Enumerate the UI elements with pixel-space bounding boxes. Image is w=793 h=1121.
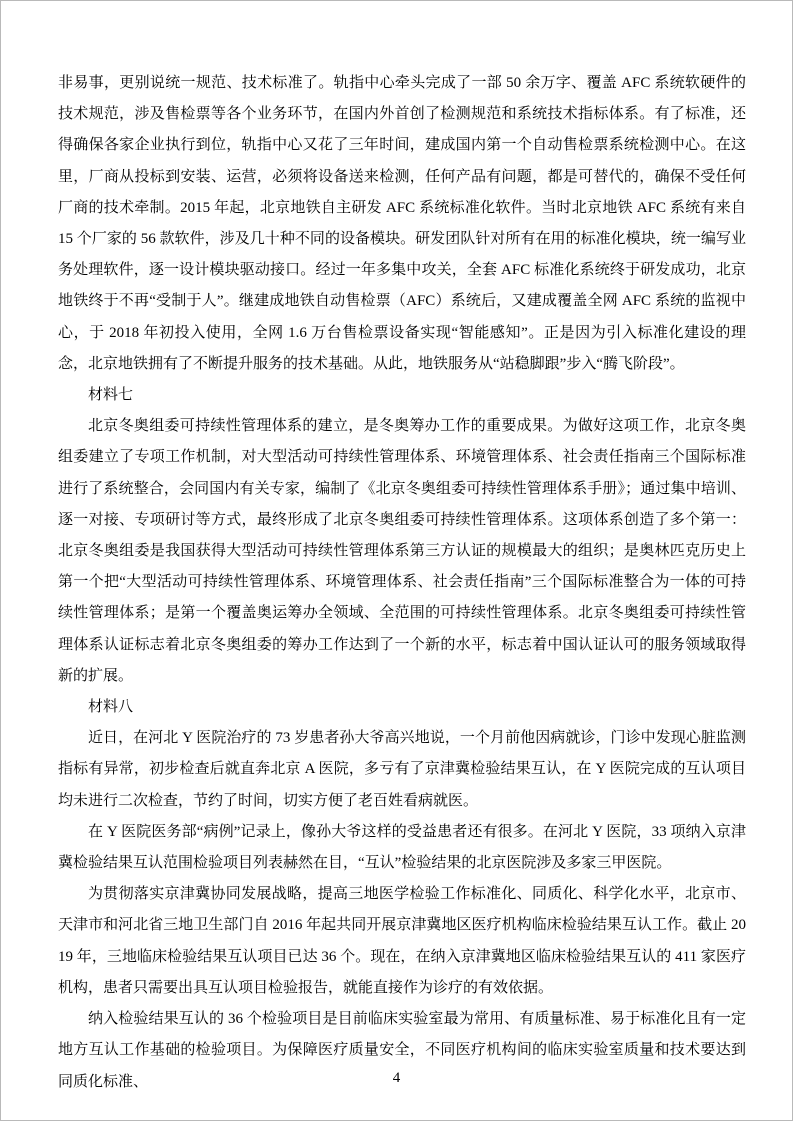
paragraph-material6-continuation: 非易事，更别说统一规范、技术标准了。轨指中心牵头完成了一部 50 余万字、覆盖 … bbox=[58, 68, 746, 380]
paragraph-material8-body-1: 近日，在河北 Y 医院治疗的 73 岁患者孙大爷高兴地说，一个月前他因病就诊，门… bbox=[58, 723, 746, 817]
section-heading-material-8: 材料八 bbox=[58, 692, 746, 723]
paragraph-material8-body-2: 在 Y 医院医务部“病例”记录上，像孙大爷这样的受益患者还有很多。在河北 Y 医… bbox=[58, 817, 746, 879]
paragraph-material7-body: 北京冬奥组委可持续性管理体系的建立，是冬奥筹办工作的重要成果。为做好这项工作，北… bbox=[58, 411, 746, 692]
document-page: 非易事，更别说统一规范、技术标准了。轨指中心牵头完成了一部 50 余万字、覆盖 … bbox=[0, 0, 793, 1121]
document-body: 非易事，更别说统一规范、技术标准了。轨指中心牵头完成了一部 50 余万字、覆盖 … bbox=[58, 68, 746, 1098]
section-heading-material-7: 材料七 bbox=[58, 380, 746, 411]
paragraph-material8-body-3: 为贯彻落实京津冀协同发展战略，提高三地医学检验工作标准化、同质化、科学化水平，北… bbox=[58, 879, 746, 1004]
page-number: 4 bbox=[1, 1069, 792, 1087]
